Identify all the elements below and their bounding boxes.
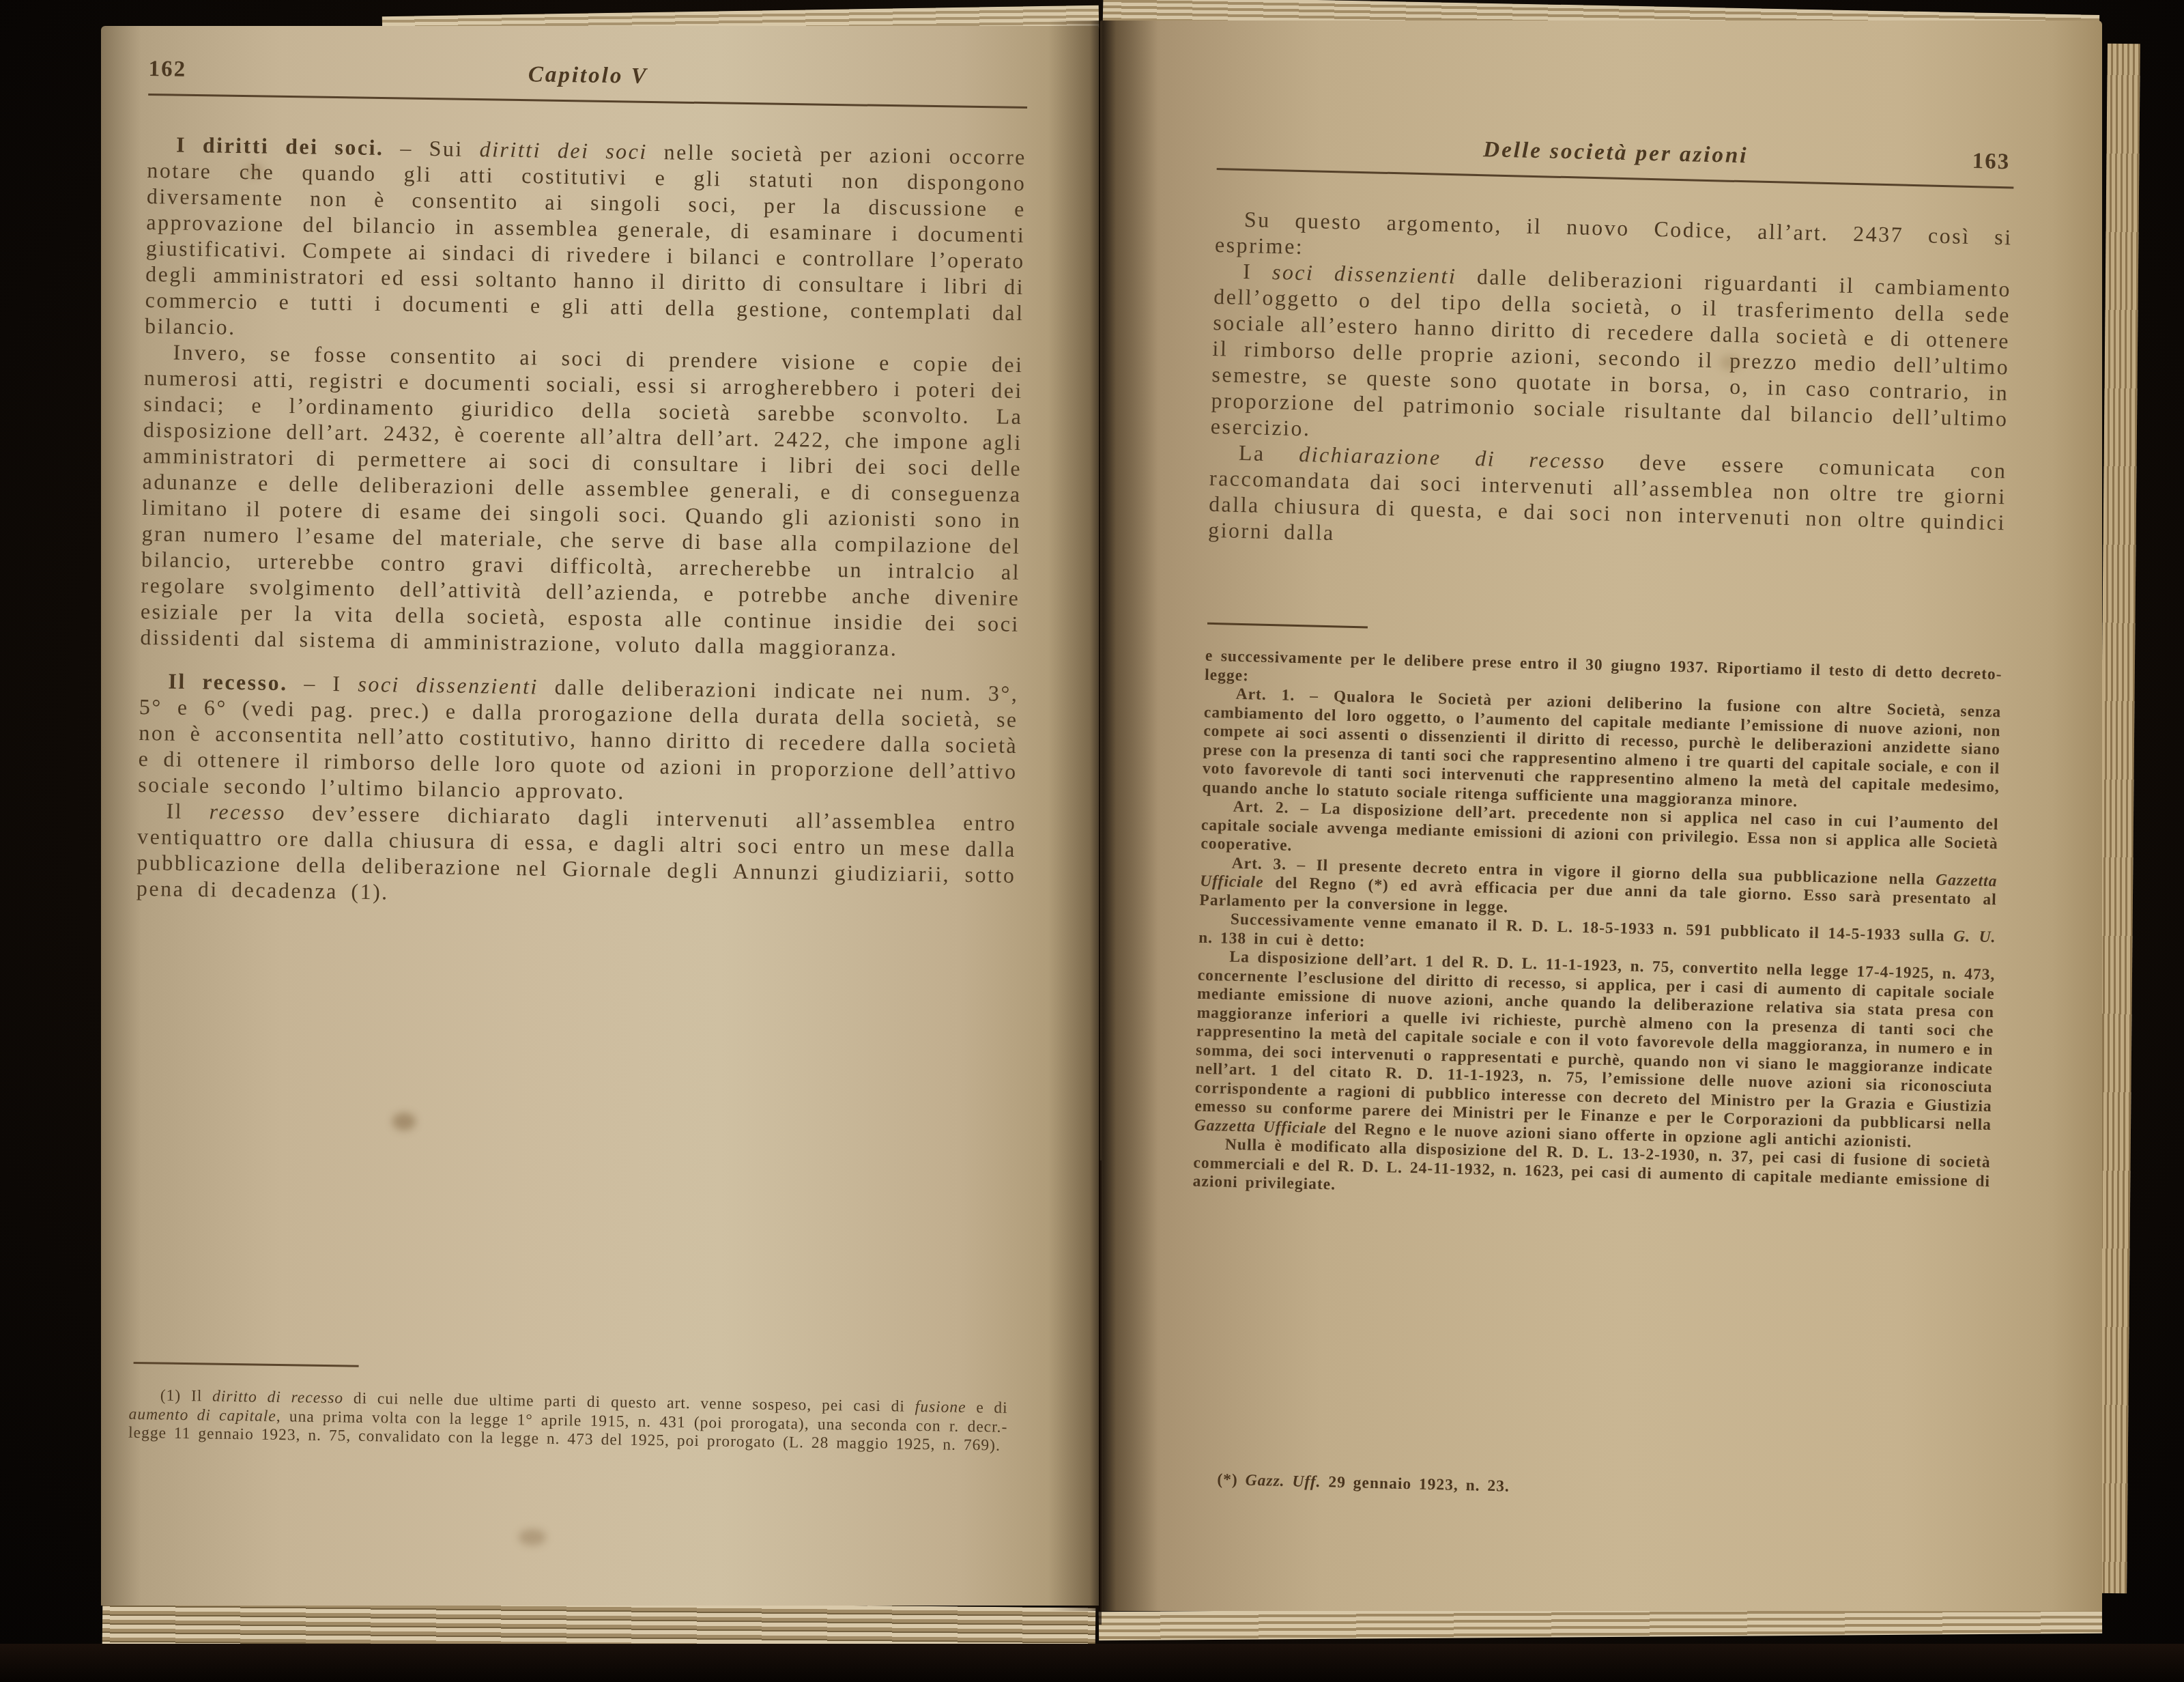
right-page: Delle società per azioni 163 Su questo a… [1100,20,2102,1611]
left-page-content: 162 Capitolo V I diritti dei soci. – Sui… [126,57,1028,1585]
left-page-body: I diritti dei soci. – Sui diritti dei so… [136,131,1027,914]
paragraph: Il recesso. – I soci dissenzienti dalle … [138,668,1019,810]
paragraph: (*) Gazz. Uff. 29 gennaio 1923, n. 23. [1186,1470,1983,1507]
right-page-content: Delle società per azioni 163 Su questo a… [1183,131,2015,1597]
right-footnote-gazzetta: (*) Gazz. Uff. 29 gennaio 1923, n. 23. [1186,1470,1983,1507]
left-page: 162 Capitolo V I diritti dei soci. – Sui… [101,26,1099,1606]
paragraph: La disposizione dell’art. 1 del R. D. L.… [1194,947,1995,1154]
paragraph: I soci dissenzienti dalle deliberazioni … [1210,257,2011,457]
section-il-recesso: Il recesso. – I soci dissenzienti dalle … [136,668,1019,914]
book-cover-bottom [0,1644,2184,1682]
right-page-number: 163 [1972,149,2010,175]
paragraph: (1) Il diritto di recesso di cui nelle d… [128,1386,1008,1456]
right-page-body: Su questo argomento, il nuovo Codice, al… [1208,205,2013,561]
right-running-header: Delle società per azioni [1217,131,2015,175]
book-gutter-line [1099,1160,1102,1625]
right-footnote-separator [1207,623,1368,629]
paragraph: I diritti dei soci. – Sui diritti dei so… [145,131,1026,352]
paragraph: Il recesso dev’essere dichiarato dagli i… [136,797,1017,914]
left-running-header-row: 162 Capitolo V [148,57,1028,100]
left-footnote-separator [134,1362,359,1367]
paragraph: Invero, se fosse consentito ai soci di p… [140,339,1024,663]
section-diritti-dei-soci: I diritti dei soci. – Sui diritti dei so… [140,131,1026,663]
left-running-header: Capitolo V [148,57,1027,95]
paragraph: Art. 1. – Qualora le Società per azioni … [1202,685,2002,816]
paragraph: La dichiarazione di recesso deve essere … [1208,439,2007,561]
right-footnote-decree: e successivamente per le delibere prese … [1192,647,2002,1210]
left-footnote: (1) Il diritto di recesso di cui nelle d… [128,1386,1008,1456]
